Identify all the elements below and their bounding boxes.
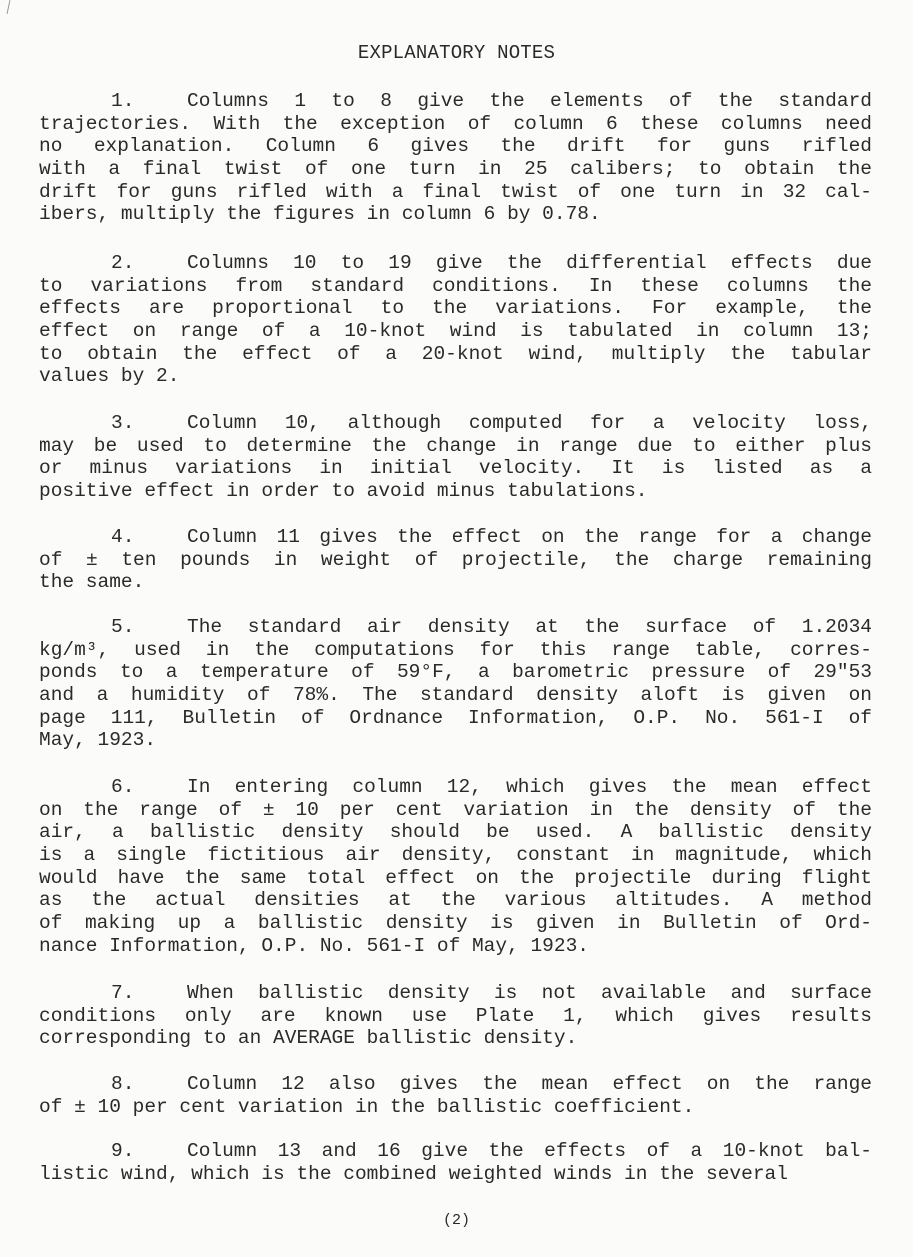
text-line: 7.When ballistic density is not availabl… xyxy=(39,982,872,1005)
text-line: ponds to a temperature of 59°F, a barome… xyxy=(39,661,872,684)
note-number: 3. xyxy=(111,412,187,435)
note-number: 7. xyxy=(111,982,187,1005)
text-line: with a final twist of one turn in 25 cal… xyxy=(39,158,872,181)
note-number: 4. xyxy=(111,526,187,549)
text-line: would have the same total effect on the … xyxy=(39,867,872,890)
text-line: May, 1923. xyxy=(39,729,872,752)
text-line: of making up a ballistic density is give… xyxy=(39,912,872,935)
note-paragraph-2: 2.Columns 10 to 19 give the differential… xyxy=(39,252,872,388)
text-line: of ± 10 per cent variation in the ballis… xyxy=(39,1096,872,1119)
note-paragraph-7: 7.When ballistic density is not availabl… xyxy=(39,982,872,1050)
text-line: 9.Column 13 and 16 give the effects of a… xyxy=(39,1140,872,1163)
text-line: the same. xyxy=(39,571,872,594)
note-paragraph-8: 8.Column 12 also gives the mean effect o… xyxy=(39,1073,872,1118)
text-line: kg/m³, used in the computations for this… xyxy=(39,639,872,662)
text-line: may be used to determine the change in r… xyxy=(39,435,872,458)
text-line: 8.Column 12 also gives the mean effect o… xyxy=(39,1073,872,1096)
text-line: effect on range of a 10-knot wind is tab… xyxy=(39,320,872,343)
text-line: values by 2. xyxy=(39,365,872,388)
note-number: 8. xyxy=(111,1073,187,1096)
text-line: ibers, multiply the figures in column 6 … xyxy=(39,203,872,226)
text-line: to variations from standard conditions. … xyxy=(39,275,872,298)
text-line: drift for guns rifled with a final twist… xyxy=(39,181,872,204)
scan-mark xyxy=(7,0,11,14)
text-line: 2.Columns 10 to 19 give the differential… xyxy=(39,252,872,275)
text-line: no explanation. Column 6 gives the drift… xyxy=(39,135,872,158)
note-paragraph-1: 1.Columns 1 to 8 give the elements of th… xyxy=(39,90,872,226)
note-paragraph-3: 3.Column 10, although computed for a vel… xyxy=(39,412,872,503)
note-paragraph-5: 5.The standard air density at the surfac… xyxy=(39,616,872,752)
text-line: 5.The standard air density at the surfac… xyxy=(39,616,872,639)
text-line: conditions only are known use Plate 1, w… xyxy=(39,1005,872,1028)
text-line: and a humidity of 78%. The standard dens… xyxy=(39,684,872,707)
text-line: 4.Column 11 gives the effect on the rang… xyxy=(39,526,872,549)
text-line: to obtain the effect of a 20-knot wind, … xyxy=(39,343,872,366)
text-line: is a single fictitious air density, cons… xyxy=(39,844,872,867)
note-number: 6. xyxy=(111,776,187,799)
note-paragraph-4: 4.Column 11 gives the effect on the rang… xyxy=(39,526,872,594)
text-line: air, a ballistic density should be used.… xyxy=(39,821,872,844)
text-line: or minus variations in initial velocity.… xyxy=(39,457,872,480)
text-line: effects are proportional to the variatio… xyxy=(39,297,872,320)
text-line: positive effect in order to avoid minus … xyxy=(39,480,872,503)
text-line: trajectories. With the exception of colu… xyxy=(39,113,872,136)
note-paragraph-6: 6.In entering column 12, which gives the… xyxy=(39,776,872,958)
note-number: 2. xyxy=(111,252,187,275)
text-line: nance Information, O.P. No. 561-I of May… xyxy=(39,935,872,958)
text-line: corresponding to an AVERAGE ballistic de… xyxy=(39,1027,872,1050)
text-line: page 111, Bulletin of Ordnance Informati… xyxy=(39,707,872,730)
note-number: 9. xyxy=(111,1140,187,1163)
text-line: as the actual densities at the various a… xyxy=(39,889,872,912)
note-number: 1. xyxy=(111,90,187,113)
page-title: EXPLANATORY NOTES xyxy=(0,42,913,64)
text-line: on the range of ± 10 per cent variation … xyxy=(39,799,872,822)
text-line: 3.Column 10, although computed for a vel… xyxy=(39,412,872,435)
text-line: of ± ten pounds in weight of projectile,… xyxy=(39,549,872,572)
text-line: 6.In entering column 12, which gives the… xyxy=(39,776,872,799)
text-line: listic wind, which is the combined weigh… xyxy=(39,1163,872,1186)
text-line: 1.Columns 1 to 8 give the elements of th… xyxy=(39,90,872,113)
page-number: (2) xyxy=(0,1212,913,1229)
note-paragraph-9: 9.Column 13 and 16 give the effects of a… xyxy=(39,1140,872,1185)
note-number: 5. xyxy=(111,616,187,639)
